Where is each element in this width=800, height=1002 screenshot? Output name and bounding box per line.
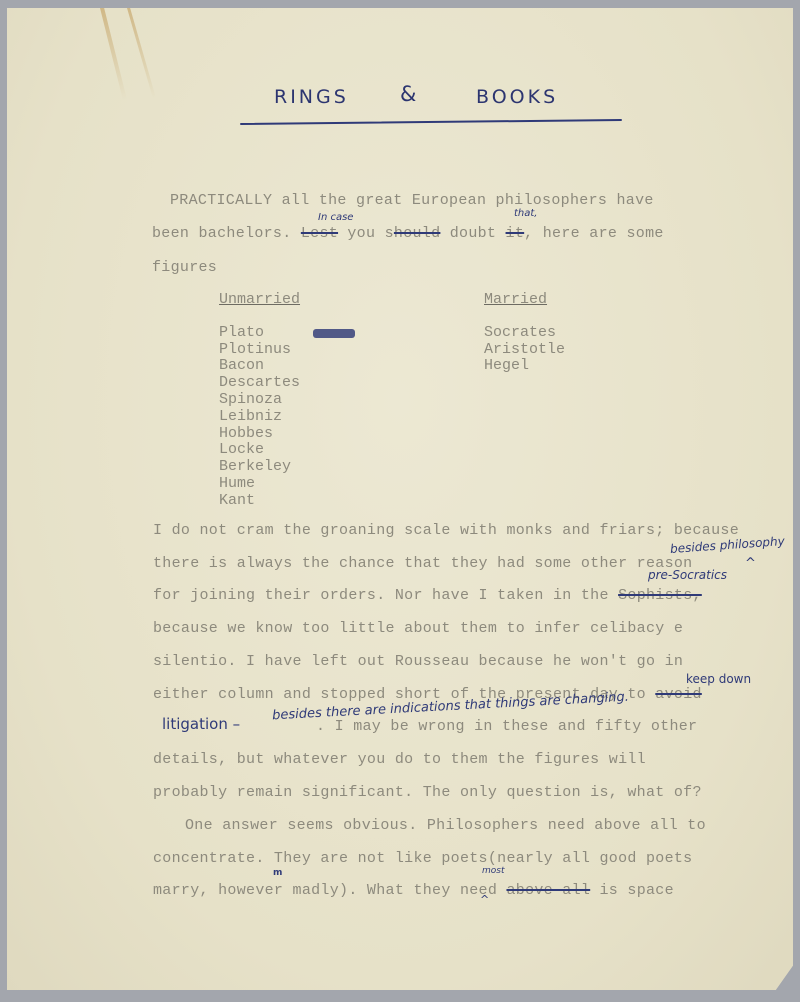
paragraph1-line2: been bachelors. Lest you should doubt it… xyxy=(152,225,664,242)
insertion-caret: ^ xyxy=(745,556,756,571)
paragraph2-line4: because we know too little about them to… xyxy=(153,620,683,637)
philosopher-name: Locke xyxy=(219,442,300,459)
paragraph3-line1: One answer seems obvious. Philosophers n… xyxy=(185,817,706,834)
paragraph2-line9: probably remain significant. The only qu… xyxy=(153,784,702,801)
handwritten-keep-down: keep down xyxy=(686,672,751,686)
paragraph3-line2: concentrate. They are not like poets(nea… xyxy=(153,850,692,867)
title-ampersand: & xyxy=(400,82,419,106)
philosopher-name: Berkeley xyxy=(219,459,300,476)
philosopher-name: Socrates xyxy=(484,325,565,342)
struck-word-avoid: avoid xyxy=(655,686,702,703)
married-column: Married Socrates Aristotle Hegel xyxy=(484,292,565,375)
unmarried-header: Unmarried xyxy=(219,292,300,309)
unmarried-column: Unmarried Plato Plotinus Bacon Descartes… xyxy=(219,292,300,510)
handwritten-most: most xyxy=(482,866,505,876)
title-books: BOOKS xyxy=(476,86,558,108)
handwritten-litigation: litigation – xyxy=(162,715,240,733)
insertion-caret: ^ xyxy=(480,893,489,906)
struck-words-above-all: above all xyxy=(506,882,590,899)
paragraph2-line2: there is always the chance that they had… xyxy=(153,555,692,572)
philosopher-name: Plotinus xyxy=(219,342,300,359)
philosopher-name: Kant xyxy=(219,493,300,510)
paragraph2-line7: . I may be wrong in these and fifty othe… xyxy=(316,718,697,735)
philosopher-name: Hegel xyxy=(484,358,565,375)
handwritten-in-case: In case xyxy=(318,212,353,223)
paper-stain xyxy=(127,7,156,99)
struck-word-sophists: Sophists, xyxy=(618,587,702,604)
ink-scribble xyxy=(313,329,355,338)
philosopher-name: Spinoza xyxy=(219,392,300,409)
struck-word-it: it xyxy=(506,225,525,242)
philosopher-name: Plato xyxy=(219,325,300,342)
philosopher-name: Aristotle xyxy=(484,342,565,359)
handwritten-m: m xyxy=(273,868,282,878)
paragraph2-line3: for joining their orders. Nor have I tak… xyxy=(153,587,702,604)
paragraph1-line1: PRACTICALLY all the great European philo… xyxy=(170,192,654,209)
handwritten-pre-socratics: pre-Socratics xyxy=(648,568,727,582)
paper-stain xyxy=(100,7,127,100)
typescript-page xyxy=(7,8,793,990)
paragraph1-line3: figures xyxy=(152,259,217,276)
married-header: Married xyxy=(484,292,565,309)
paragraph2-line8: details, but whatever you do to them the… xyxy=(153,751,646,768)
philosopher-name: Hobbes xyxy=(219,426,300,443)
handwritten-that: that, xyxy=(514,208,538,219)
struck-word-lest: Lest xyxy=(301,225,338,242)
struck-word-should: hould xyxy=(394,225,441,242)
paragraph2-line5: silentio. I have left out Rousseau becau… xyxy=(153,653,683,670)
title-rings: RINGS xyxy=(274,86,349,108)
philosopher-name: Leibniz xyxy=(219,409,300,426)
philosopher-name: Descartes xyxy=(219,375,300,392)
paragraph2-line1: I do not cram the groaning scale with mo… xyxy=(153,522,739,539)
paragraph3-line3: marry, however madly). What they need ab… xyxy=(153,882,674,899)
philosopher-name: Bacon xyxy=(219,358,300,375)
philosopher-name: Hume xyxy=(219,476,300,493)
